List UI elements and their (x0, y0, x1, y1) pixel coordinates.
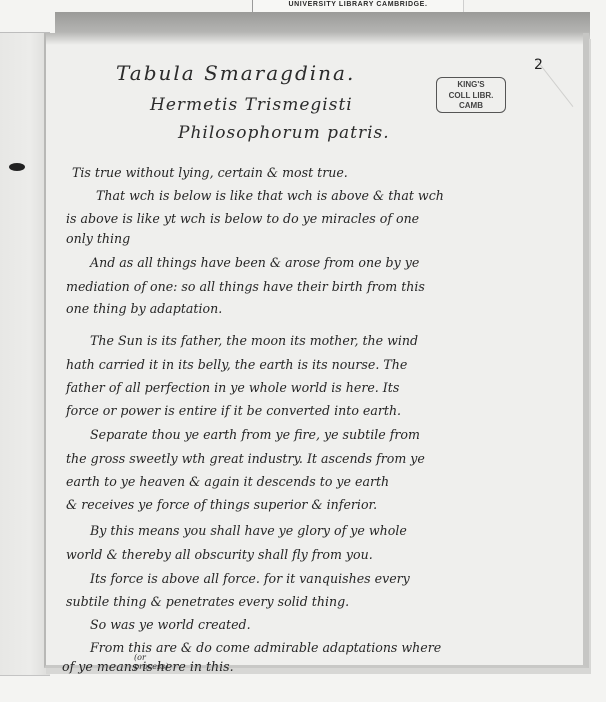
text-line: of ye means is here in this. (62, 659, 234, 674)
stamp-line: KING'S (437, 80, 505, 91)
text-line: That wch is below is like that wch is ab… (96, 188, 444, 203)
kings-college-library-stamp: KING'S COLL LIBR. CAMB (436, 77, 506, 113)
manuscript-subtitle: Hermetis Trismegisti (150, 95, 353, 115)
stamp-line: COLL LIBR. (437, 91, 505, 102)
text-line: Tis true without lying, certain & most t… (72, 165, 348, 180)
text-line: one thing by adaptation. (66, 301, 222, 316)
text-line: By this means you shall have ye glory of… (90, 523, 407, 538)
manuscript-title: Tabula Smaragdina. (116, 61, 355, 85)
text-line: The Sun is its father, the moon its moth… (90, 333, 418, 348)
text-line: So was ye world created. (90, 617, 251, 632)
text-line: & receives ye force of things superior &… (66, 497, 377, 512)
text-line: is above is like yt wch is below to do y… (66, 211, 419, 226)
text-line: Its force is above all force. for it van… (90, 571, 410, 586)
page-top-shadow (46, 33, 583, 45)
manuscript-page: 2 KING'S COLL LIBR. CAMB Tabula Smaragdi… (44, 33, 589, 668)
text-line: the gross sweetly wth great industry. It… (66, 451, 425, 466)
manuscript-subtitle-2: Philosophorum patris. (178, 123, 390, 143)
text-line: world & thereby all obscurity shall fly … (66, 547, 373, 562)
facing-page-edge (0, 32, 50, 676)
page-number: 2 (534, 57, 543, 73)
text-line: mediation of one: so all things have the… (66, 279, 425, 294)
text-line: And as all things have been & arose from… (90, 255, 419, 270)
text-line: father of all perfection in ye whole wor… (66, 380, 399, 395)
text-line: only thing (66, 231, 130, 246)
stamp-line: CAMB (437, 101, 505, 112)
text-line: force or power is entire if it be conver… (66, 403, 401, 418)
text-line: subtile thing & penetrates every solid t… (66, 594, 349, 609)
text-line: hath carried it in its belly, the earth … (66, 357, 407, 372)
text-line: earth to ye heaven & again it descends t… (66, 474, 389, 489)
ink-blot (9, 163, 25, 171)
text-line: Separate thou ye earth from ye fire, ye … (90, 427, 420, 442)
